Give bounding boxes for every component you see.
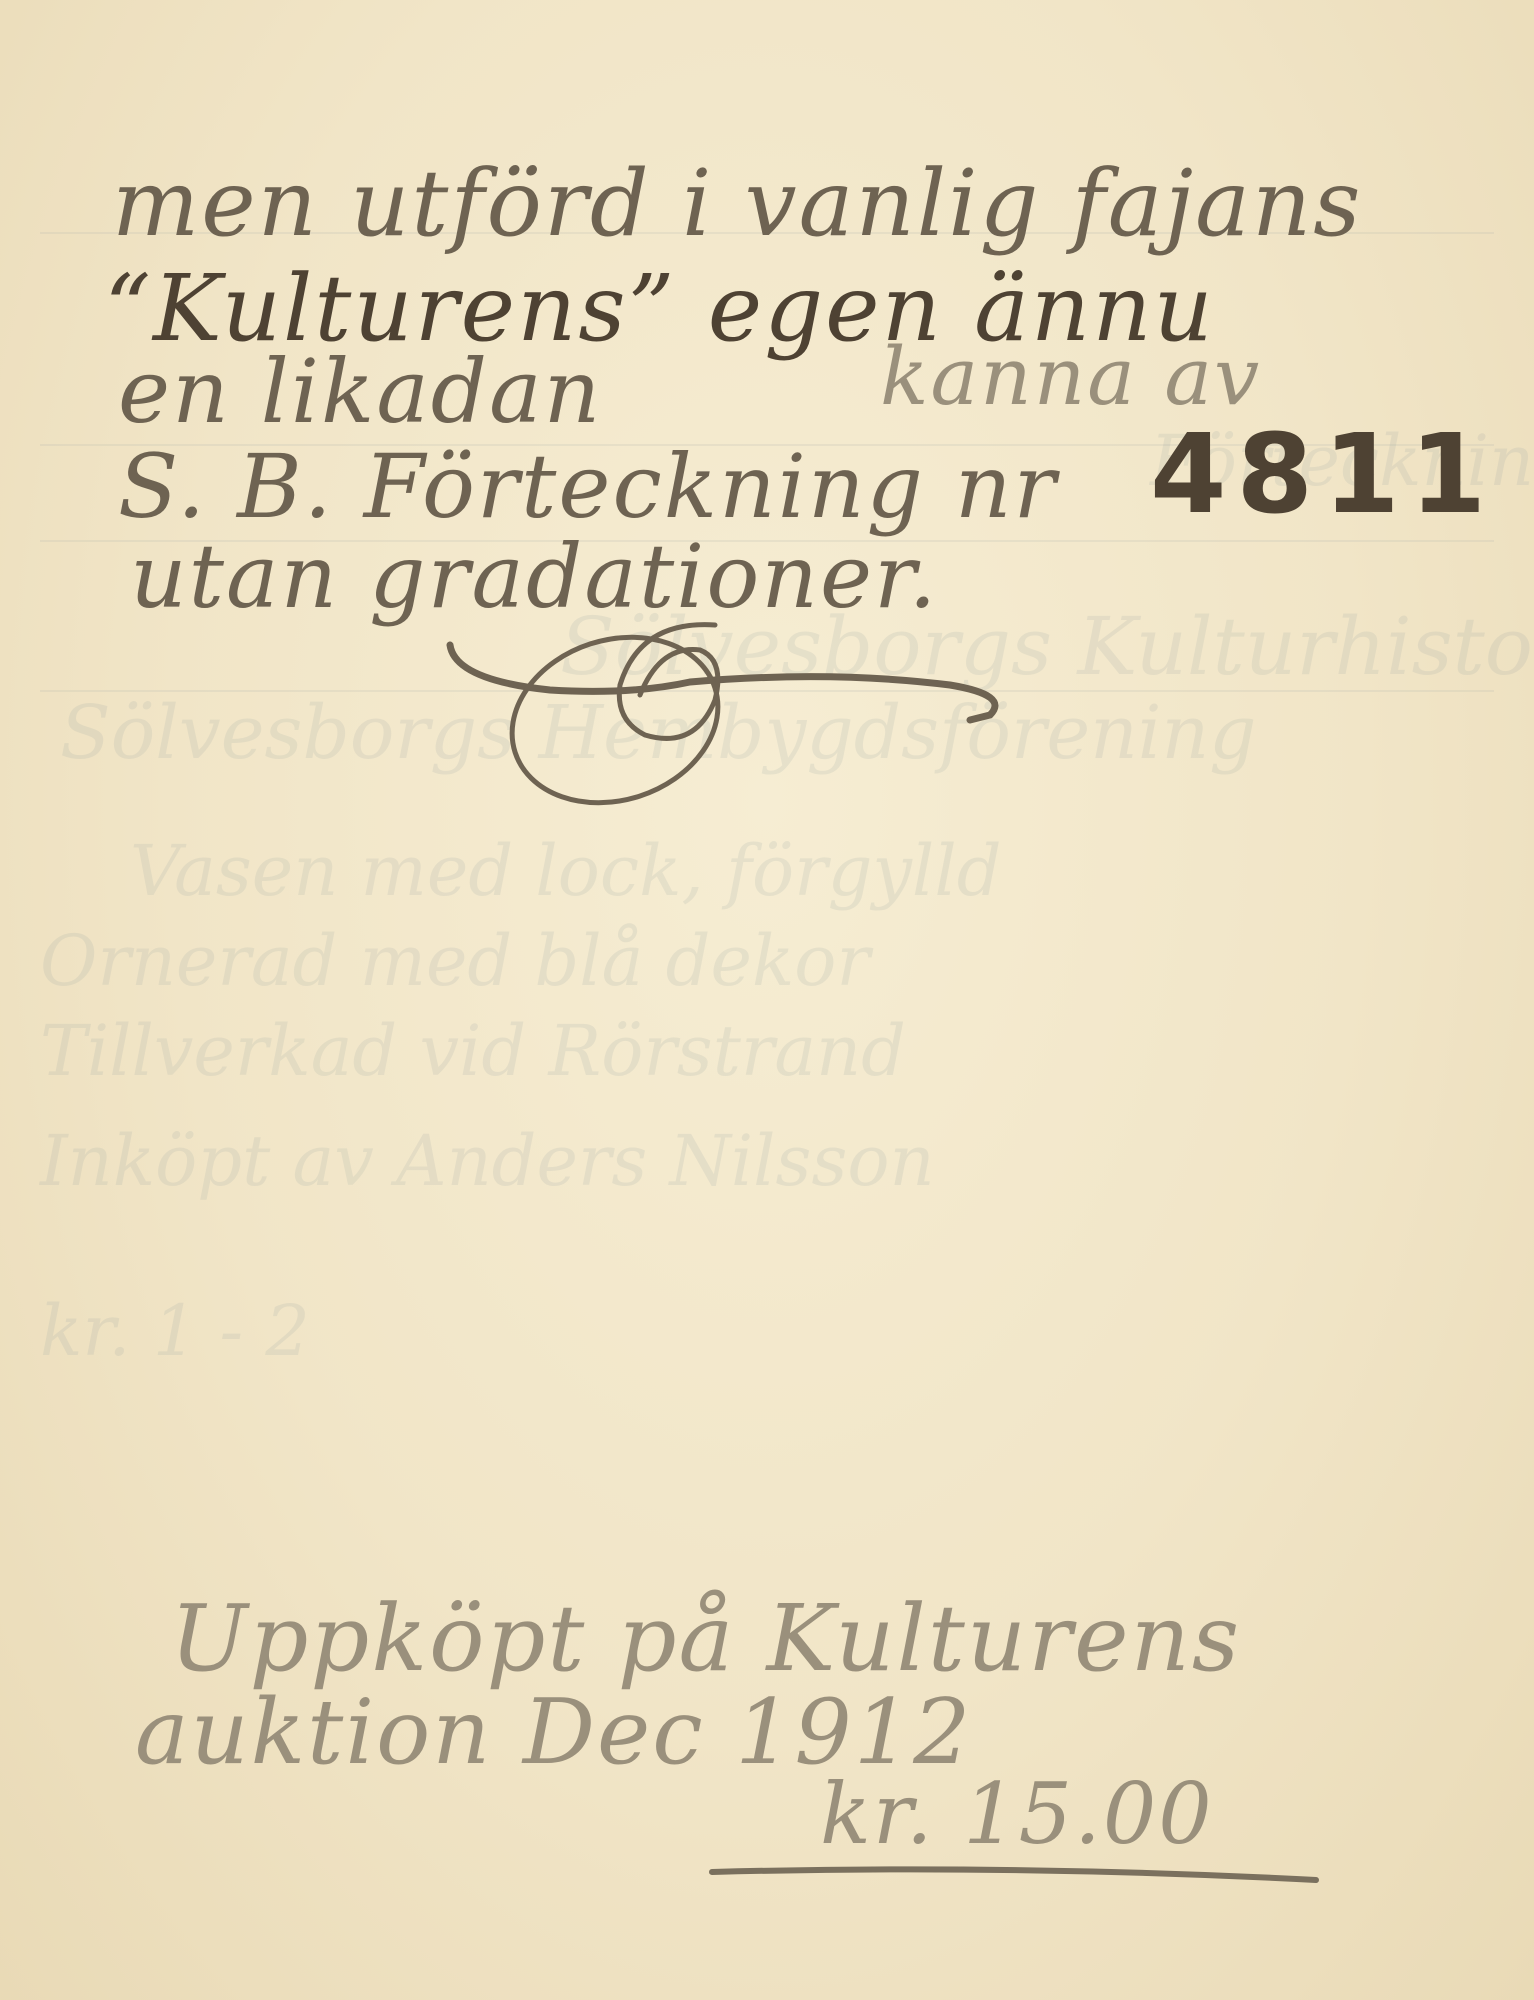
handwritten-line-1: men utförd i vanlig fajans xyxy=(112,150,1362,257)
bleed-through-line: Tillverkad vid Rörstrand xyxy=(40,1010,906,1092)
bleed-through-line: Inköpt av Anders Nilsson xyxy=(40,1120,935,1202)
pen-flourish-icon xyxy=(430,600,1030,820)
acquisition-note-line-1: Uppköpt på Kulturens xyxy=(170,1585,1241,1692)
bleed-through-line: Vasen med lock, förgylld xyxy=(130,830,1002,912)
manuscript-page: Sölvesborgs Kulturhistoriska Förteckning… xyxy=(0,0,1534,2000)
price-note: kr. 15.00 xyxy=(820,1765,1214,1863)
catalog-number: 4811 xyxy=(1150,410,1496,538)
bleed-through-line: Ornerad med blå dekor xyxy=(40,920,870,1002)
price-underline xyxy=(708,1862,1320,1892)
bleed-through-line: kr. 1 - 2 xyxy=(40,1290,310,1372)
handwritten-line-4: S. B. Förteckning nr xyxy=(118,435,1058,538)
handwritten-line-3: en likadan xyxy=(118,340,602,443)
